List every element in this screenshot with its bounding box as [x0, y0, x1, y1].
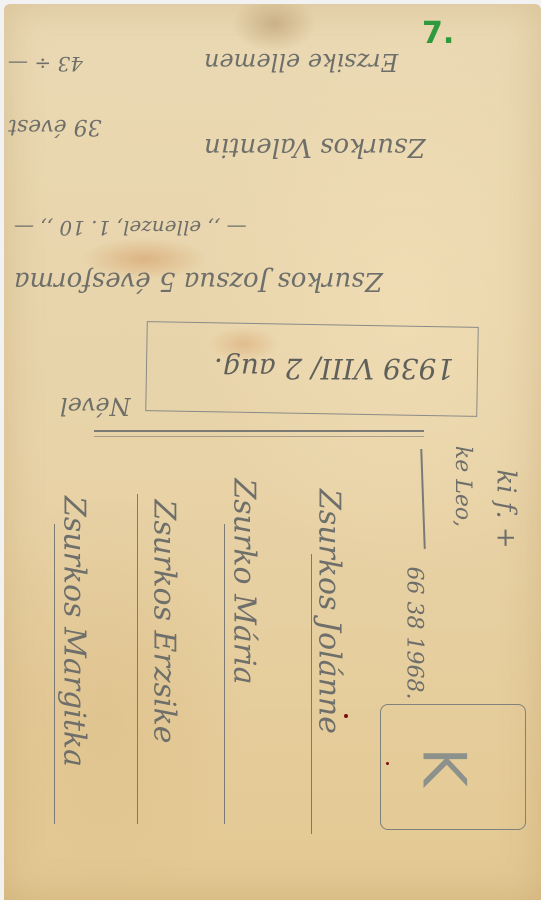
address-line-4: Zsurkos Margitka	[57, 482, 92, 782]
note-top-line1-left: 43 ÷ —	[8, 52, 83, 76]
date-text: 1939 VIII/ 2 aug.	[214, 352, 454, 385]
margin-rule	[420, 449, 425, 549]
note-top-line2-left: 39 évest	[8, 114, 102, 139]
address-line-2: Zsurko Mária	[227, 442, 262, 722]
margin-note-2: ke Leo,	[450, 446, 475, 527]
date-underline-2	[94, 436, 424, 437]
note-top-line4: Zsurkos Jozsua 5 évesforma	[14, 266, 383, 296]
margin-note-3: 66 38 1968.	[402, 567, 427, 707]
address-line-1: Zsurkos Jolánne	[312, 472, 347, 752]
margin-note-1: ki f. +	[491, 469, 521, 548]
date-caption: Nével	[60, 392, 131, 420]
ink-dot	[344, 714, 348, 718]
note-top-line2-right: Zsurkos Valentin	[204, 132, 425, 162]
address-rule-4	[54, 524, 55, 824]
green-number-mark: 7.	[422, 16, 454, 51]
stamp-glyph-icon: K	[409, 747, 479, 786]
address-line-3: Zsurkos Erzsike	[147, 472, 182, 772]
address-rule-3	[137, 494, 138, 824]
note-top-line3: — ,, ellenzel, 1. 10 ,, —	[14, 216, 247, 240]
date-underline	[94, 430, 424, 432]
address-rule-2	[224, 524, 225, 824]
postcard-back: 7. 43 ÷ — Erzsike ellemen 39 évest Zsurk…	[4, 4, 541, 900]
note-top-line1-right: Erzsike ellemen	[204, 48, 398, 76]
